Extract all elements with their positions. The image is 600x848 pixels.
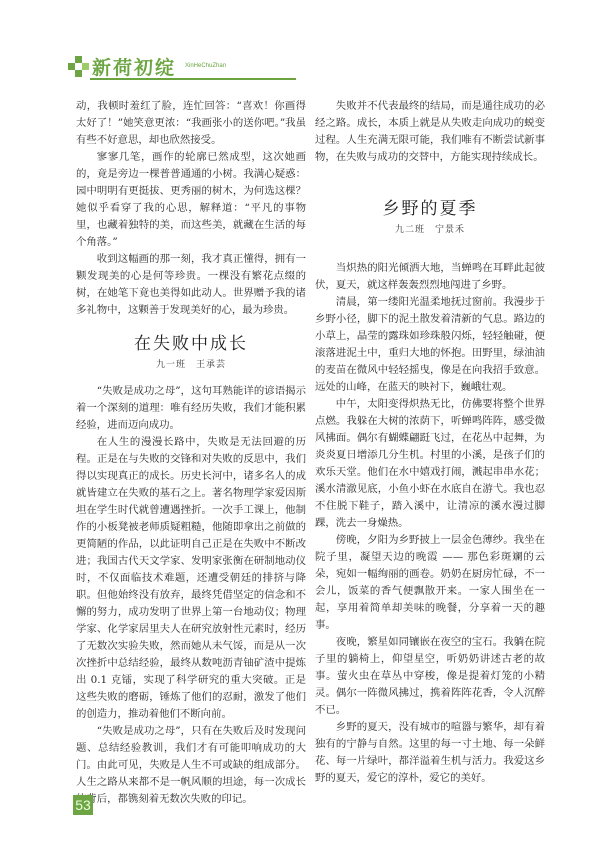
- paragraph: 在人生的漫漫长路中，失败是无法回避的历程。正是在与失败的交锋和对失败的反思中，我…: [76, 434, 306, 723]
- page-number: 53: [73, 795, 93, 815]
- article-title: 在失败中成长: [76, 331, 306, 357]
- paragraph: 夜晚，繁星如同镶嵌在夜空的宝石。我躺在院子里的躺椅上，仰望星空，听奶奶讲述古老的…: [315, 634, 545, 719]
- section-subtitle: XinHeChuZhan: [185, 63, 226, 69]
- article-byline: 九二班 宁景禾: [315, 222, 545, 238]
- article-byline: 九一班 王承芸: [76, 357, 306, 373]
- paragraph: “失败是成功之母”，只有在失败后及时发现问题、总结经验教训，我们才有可能叩响成功…: [76, 723, 306, 808]
- paragraph: 傍晚，夕阳为乡野披上一层金色薄纱。我坐在院子里，凝望天边的晚霞 —— 那色彩斑斓…: [315, 532, 545, 634]
- paragraph: 收到这幅画的那一刻，我才真正懂得，拥有一颗发现美的心是何等珍贵。一棵没有繁花点缀…: [76, 251, 306, 319]
- green-blocks-logo-icon: [68, 56, 90, 78]
- article-title: 乡野的夏季: [315, 196, 545, 222]
- right-column: 失败并不代表最终的结局，而是通往成功的必经之路。成长，本质上就是从失败走向成功的…: [315, 98, 545, 787]
- paragraph: 乡野的夏天，没有城市的喧嚣与繁华，却有着独有的宁静与自然。这里的每一寸土地、每一…: [315, 719, 545, 787]
- paragraph: 当炽热的阳光倾洒大地，当蝉鸣在耳畔此起彼伏，夏天，就这样轰轰烈烈地闯进了乡野。: [315, 260, 545, 294]
- left-column: 动，我顿时羞红了脸，连忙回答：“喜欢！你画得太好了！”她笑意更浓：“我画张小的送…: [76, 98, 306, 808]
- paragraph: 动，我顿时羞红了脸，连忙回答：“喜欢！你画得太好了！”她笑意更浓：“我画张小的送…: [76, 98, 306, 149]
- paragraph: 寥寥几笔，画作的轮廓已然成型，这次她画的，竟是旁边一棵普普通通的小树。我满心疑惑…: [76, 149, 306, 251]
- section-header: 新荷初绽 XinHeChuZhan: [68, 52, 290, 82]
- header-divider: [90, 78, 296, 80]
- section-title: 新荷初绽: [92, 53, 176, 80]
- paragraph: 失败并不代表最终的结局，而是通往成功的必经之路。成长，本质上就是从失败走向成功的…: [315, 98, 545, 166]
- paragraph: 清晨，第一缕阳光温柔地抚过窗前。我漫步于乡野小径，脚下的泥土散发着清新的气息。路…: [315, 294, 545, 396]
- paragraph: 中午，太阳变得炽热无比，仿佛要将整个世界点燃。我躲在大树的浓荫下，听蝉鸣阵阵，感…: [315, 396, 545, 532]
- paragraph: “失败是成功之母”，这句耳熟能详的谚语揭示着一个深刻的道理：唯有经历失败，我们才…: [76, 383, 306, 434]
